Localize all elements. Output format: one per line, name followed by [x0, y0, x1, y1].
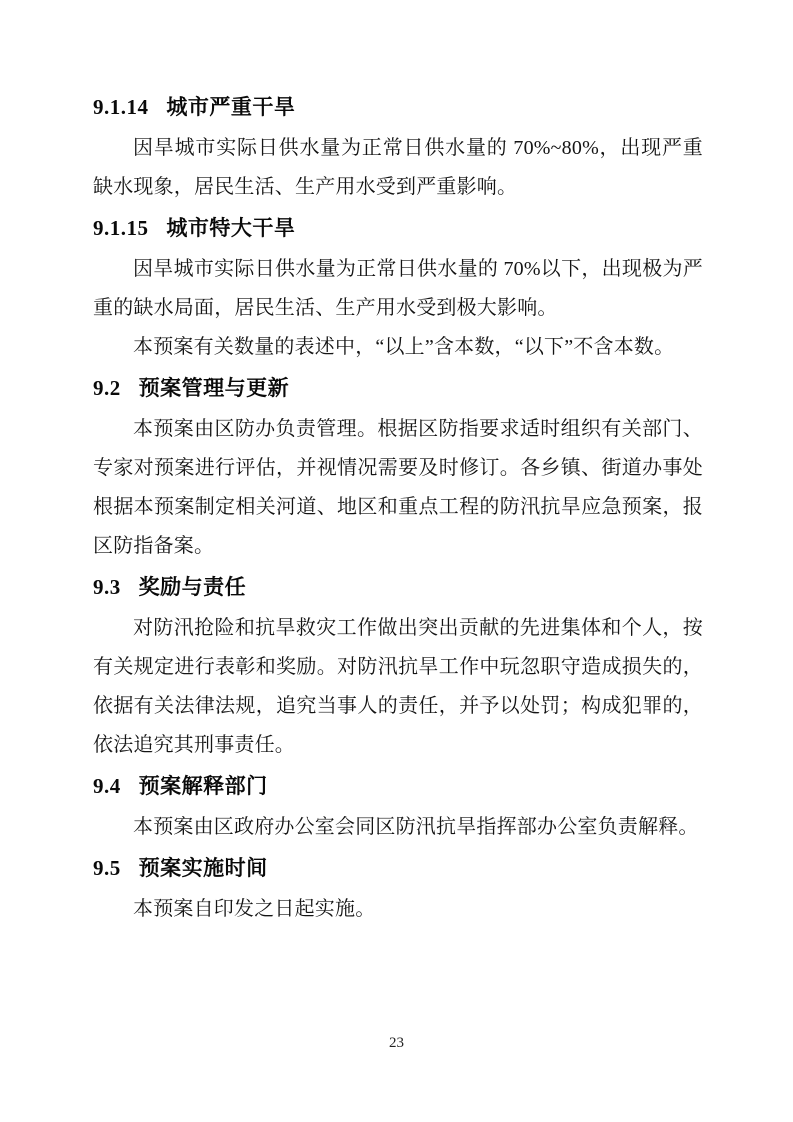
paragraph: 本预案由区防办负责管理。根据区防指要求适时组织有关部门、专家对预案进行评估，并视…: [93, 410, 703, 566]
section-number: 9.1.15: [93, 216, 149, 240]
section-heading-9-5: 9.5预案实施时间: [93, 847, 703, 890]
section-heading-9-4: 9.4预案解释部门: [93, 765, 703, 808]
paragraph: 对防汛抢险和抗旱救灾工作做出突出贡献的先进集体和个人，按有关规定进行表彰和奖励。…: [93, 609, 703, 765]
paragraph: 本预案有关数量的表述中，“以上”含本数，“以下”不含本数。: [93, 328, 703, 367]
paragraph: 因旱城市实际日供水量为正常日供水量的 70%以下，出现极为严重的缺水局面，居民生…: [93, 250, 703, 328]
section-title: 城市严重干旱: [166, 96, 295, 119]
section-title: 奖励与责任: [139, 576, 247, 599]
paragraph: 本预案自印发之日起实施。: [93, 890, 703, 929]
section-title: 预案管理与更新: [139, 377, 290, 400]
section-heading-9-3: 9.3奖励与责任: [93, 566, 703, 609]
section-title: 预案解释部门: [139, 775, 268, 798]
section-number: 9.2: [93, 376, 121, 400]
section-title: 预案实施时间: [139, 857, 268, 880]
section-number: 9.1.14: [93, 95, 149, 119]
section-heading-9-1-15: 9.1.15城市特大干旱: [93, 207, 703, 250]
section-number: 9.5: [93, 856, 121, 880]
section-heading-9-2: 9.2预案管理与更新: [93, 367, 703, 410]
paragraph: 因旱城市实际日供水量为正常日供水量的 70%~80%，出现严重缺水现象，居民生活…: [93, 129, 703, 207]
document-page: 9.1.14城市严重干旱 因旱城市实际日供水量为正常日供水量的 70%~80%，…: [0, 0, 793, 1122]
page-number: 23: [0, 1035, 793, 1052]
section-number: 9.3: [93, 575, 121, 599]
section-heading-9-1-14: 9.1.14城市严重干旱: [93, 86, 703, 129]
section-title: 城市特大干旱: [166, 217, 295, 240]
paragraph: 本预案由区政府办公室会同区防汛抗旱指挥部办公室负责解释。: [93, 808, 703, 847]
section-number: 9.4: [93, 774, 121, 798]
document-content: 9.1.14城市严重干旱 因旱城市实际日供水量为正常日供水量的 70%~80%，…: [93, 86, 703, 929]
